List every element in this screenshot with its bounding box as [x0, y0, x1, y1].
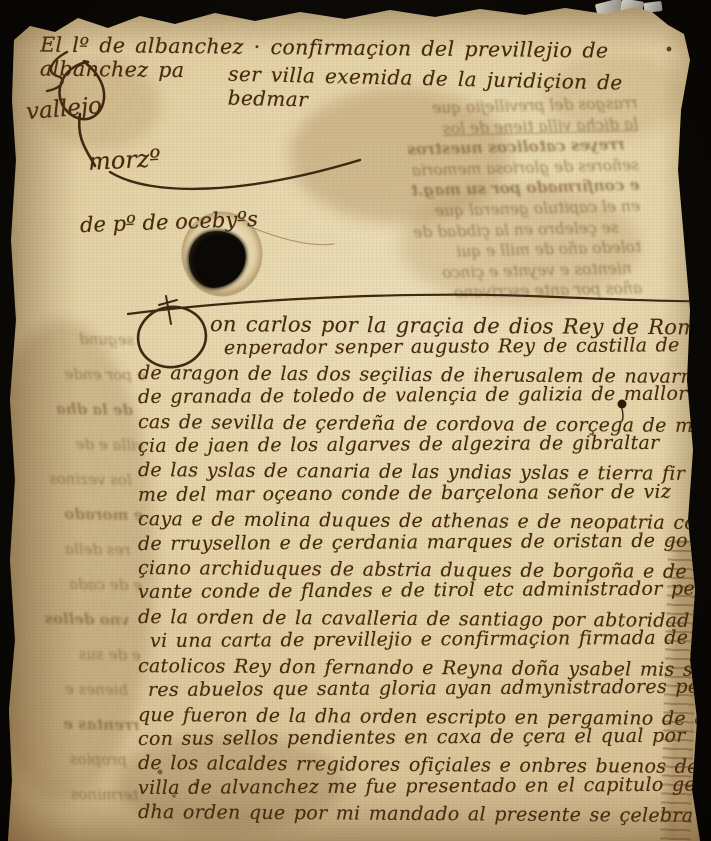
manuscript-line: vi una carta de previllejio e confirmaçi… — [150, 626, 700, 654]
header-annotation-line-2: ser villa exemida de la juridiçion de be… — [228, 62, 703, 121]
bleedthrough-line: bienes e — [0, 671, 128, 708]
bleedthrough-line: terminos — [0, 776, 139, 813]
bleedthrough-line: rrentas e — [0, 706, 140, 743]
paper-crease-line — [248, 226, 334, 245]
manuscript-line: dha orden que por mi mandado al presente… — [138, 800, 700, 828]
scanned-manuscript: rrasgos del previllejio quela dicha vill… — [0, 0, 711, 841]
bleedthrough-line: vno dellos — [0, 601, 130, 638]
manuscript-line: de rruysellon e de çerdania marques de o… — [138, 528, 700, 556]
bleedthrough-line: la dicha villa tiene de los — [238, 114, 638, 144]
bleedthrough-line: nientos e veynte e çinco — [241, 258, 631, 288]
manuscript-line: vante conde de flandes e de tirol etc ad… — [138, 577, 700, 605]
bleedthrough-line: años por ante escrivano — [242, 278, 642, 308]
bleedthrough-line: rreyes catolicos nuestros — [238, 135, 624, 165]
bleedthrough-line: e de sus — [0, 636, 141, 673]
margin-note: vallejo — [25, 93, 103, 126]
manuscript-line: çia de jaen de los algarves de algezira … — [138, 431, 700, 459]
bleedthrough-line: señores de gloriosa memoria — [239, 155, 639, 185]
manuscript-line: de granada de toledo de valençia de gali… — [138, 382, 700, 410]
manuscript-line: enperador senper augusto Rey de castilla… — [224, 333, 700, 360]
ink-stain — [0, 320, 155, 800]
bleedthrough-line: propios — [0, 741, 127, 778]
bleedthrough-line: e confirmado por su mag.t — [239, 175, 639, 205]
bleedthrough-line: e por ende — [3, 356, 146, 393]
bleedthrough-line: toledo año de mill e qui — [241, 237, 641, 267]
bleedthrough-line: los vezinos — [1, 461, 132, 498]
bleedthrough-line: e morado — [1, 496, 144, 533]
bleedthrough-line: en el capitulo general que — [240, 196, 640, 226]
bleedthrough-text-block: rrasgos del previllejio quela dicha vill… — [237, 93, 642, 315]
bleedthrough-line: e de cada — [0, 566, 142, 603]
manuscript-page: rrasgos del previllejio quela dicha vill… — [0, 0, 711, 841]
margin-swash-flourish — [110, 160, 360, 189]
bleedthrough-margin-block: segunde por endede la dhavilla e delos v… — [0, 321, 146, 838]
manuscript-line: me del mar oçeano conde de barçelona señ… — [138, 479, 700, 507]
bleedthrough-line: villa e de — [2, 426, 145, 463]
manuscript-line: villa de alvanchez me fue presentado en … — [138, 772, 700, 800]
manuscript-line: con sus sellos pendientes en caxa de çer… — [138, 723, 700, 751]
main-text-block: on carlos por la graçia de dios Rey de R… — [138, 312, 700, 825]
bleedthrough-line: se çelebro en la çibdad de — [240, 217, 618, 247]
manuscript-line: res abuelos que santa gloria ayan admyni… — [148, 675, 700, 703]
margin-note: morzº — [87, 144, 161, 176]
ink-stain — [400, 185, 640, 305]
bleedthrough-line: segund — [4, 321, 135, 358]
bleedthrough-line: de la dha — [3, 391, 134, 428]
bleedthrough-line: res della — [0, 531, 131, 568]
